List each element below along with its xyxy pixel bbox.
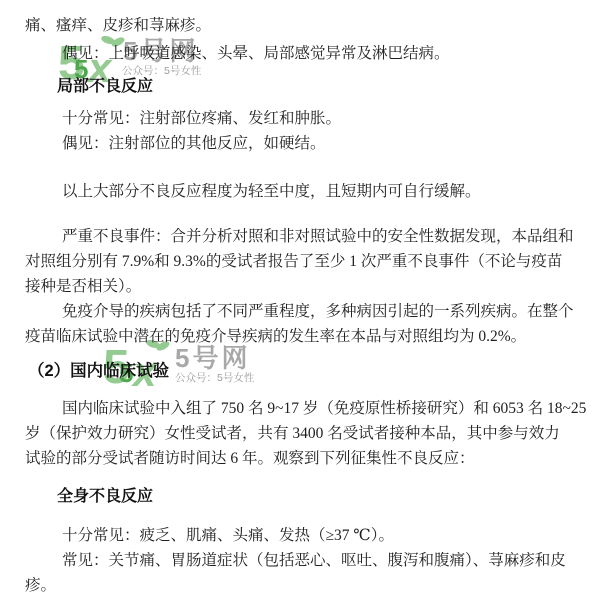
document-page: 5 x 5 5号网 公众号：5号女性 5 x 5 5号网 公众号：5号女性 痛、… (0, 0, 608, 599)
body-line: 偶见：注射部位的其他反应，如硬结。 (25, 131, 590, 156)
body-line: 接种是否相关）。 (25, 274, 590, 299)
body-line: 对照组分别有 7.9%和 9.3%的受试者报告了至少 1 次严重不良事件（不论与… (25, 249, 590, 274)
body-line: 试验的部分受试者随访时间达 6 年。观察到下列征集性不良反应： (25, 446, 590, 471)
body-line: 疫苗临床试验中潜在的免疫介导疾病的发生率在本品与对照组均为 0.2%。 (25, 324, 590, 349)
body-line: 严重不良事件：合并分析对照和非对照试验中的安全性数据发现，本品组和 (25, 224, 590, 249)
document-body: 痛、瘙痒、皮疹和荨麻疹。 偶见：上呼吸道感染、头晕、局部感觉异常及淋巴结病。 局… (0, 0, 608, 599)
body-line: 疹。 (25, 573, 590, 598)
section-heading-systemic-reactions: 全身不良反应 (25, 484, 590, 509)
body-line: 国内临床试验中入组了 750 名 9~17 岁（免疫原性桥接研究）和 6053 … (25, 396, 590, 421)
section-heading-domestic-trials: （2）国内临床试验 (25, 359, 590, 384)
body-line: 免疫介导的疾病包括了不同严重程度，多种病因引起的一系列疾病。在整个 (25, 299, 590, 324)
body-line: 常见：关节痛、胃肠道症状（包括恶心、呕吐、腹泻和腹痛）、荨麻疹和皮 (25, 548, 590, 573)
body-line: 十分常见：疲乏、肌痛、头痛、发热（≥37 ℃）。 (25, 523, 590, 548)
body-line: 十分常见：注射部位疼痛、发红和肿胀。 (25, 106, 590, 131)
body-line: 痛、瘙痒、皮疹和荨麻疹。 (25, 13, 590, 38)
body-line: 偶见：上呼吸道感染、头晕、局部感觉异常及淋巴结病。 (25, 41, 590, 66)
body-line: 岁（保护效力研究）女性受试者，共有 3400 名受试者接种本品，其中参与效力 (25, 421, 590, 446)
body-line: 以上大部分不良反应程度为轻至中度，且短期内可自行缓解。 (25, 179, 590, 204)
section-heading-local-reactions: 局部不良反应 (25, 74, 590, 99)
